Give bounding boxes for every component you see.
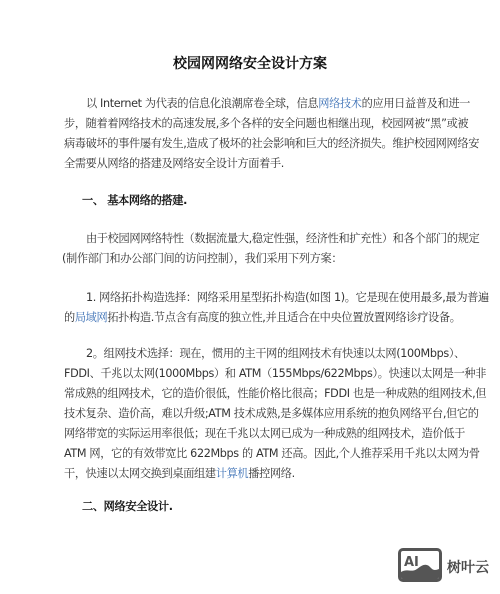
item-2-line-7: 干，快速以太网交换到桌面组建计算机播控网络. (64, 467, 295, 481)
item-1-line-1: 1. 网络拓扑构造选择：网络采用星型拓扑构造(如图 1)。它是现在使用最多,最为… (86, 291, 489, 305)
text: 的 (64, 311, 75, 324)
brand-name: 树叶云 (447, 557, 489, 577)
item-2-line-3: 常成熟的组网技术，它的造价很低，性能价格比很高；FDDI 也是一种成熟的组网技术… (64, 387, 486, 401)
link-lan[interactable]: 局域网 (75, 311, 108, 324)
section-2-heading: 二、网络安全设计. (82, 500, 173, 514)
text: 干，快速以太网交换到桌面组建 (64, 467, 216, 480)
intro-line-2: 步，随着着网络技术的高速发展,多个各样的安全问题也相继出现，校园网被“黑”或被 (64, 117, 468, 131)
text: 以 Internet 为代表的信息化浪潮席卷全球，信息 (86, 97, 318, 110)
link-computer[interactable]: 计算机 (216, 467, 249, 480)
item-2-line-1: 2。组网技术选择：现在，惯用的主干网的组网技术有快速以太网(100Mbps）、 (86, 347, 465, 361)
section-1-heading: 一、 基本网络的搭建. (82, 194, 187, 208)
intro-line-3: 病毒破坏的事件屡有发生,造成了极坏的社会影响和巨大的经济损失。维护校园网网络安 (64, 137, 479, 151)
section-1-intro-line-2: (制作部门和办公部门间的访问控制），我们采用下列方案： (62, 252, 342, 266)
item-2-line-2: FDDI、千兆以太网(1000Mbps）和 ATM（155Mbps/622Mbp… (64, 367, 486, 381)
ai-label: AI (404, 555, 419, 570)
link-network-technology[interactable]: 网络技术 (318, 97, 361, 110)
section-1-intro-line-1: 由于校园网网络特性（数据流量大,稳定性强，经济性和扩充性）和各个部门的规定 (86, 232, 479, 246)
item-2-line-4: 技术复杂、造价高，难以升级;ATM 技术成熟,是多媒体应用系统的抱负网络平台,但… (64, 407, 479, 421)
item-2-line-5: 网络带宽的实际运用率很低；现在千兆以太网已成为一种成熟的组网技术，造价低于 (64, 427, 465, 441)
text: 拓扑构造.节点含有高度的独立性,并且适合在中央位置放置网络诊疗设备。 (107, 311, 460, 324)
ai-image-icon: AI (398, 548, 442, 582)
item-1-line-2: 的局域网拓扑构造.节点含有高度的独立性,并且适合在中央位置放置网络诊疗设备。 (64, 311, 461, 325)
item-2-line-6: ATM 网，它的有效带宽比 622Mbps 的 ATM 还高。因此,个人推荐采用… (64, 447, 480, 461)
intro-line-1: 以 Internet 为代表的信息化浪潮席卷全球，信息网络技术的应用日益普及和进… (86, 97, 470, 111)
page-title: 校园网网络安全设计方案 (0, 53, 500, 73)
text: 播控网络. (248, 467, 295, 480)
document-page: 校园网网络安全设计方案 以 Internet 为代表的信息化浪潮席卷全球，信息网… (0, 0, 500, 594)
text: 的应用日益普及和进一 (362, 97, 470, 110)
intro-line-4: 全需要从网络的搭建及网络安全设计方面着手. (64, 157, 284, 171)
